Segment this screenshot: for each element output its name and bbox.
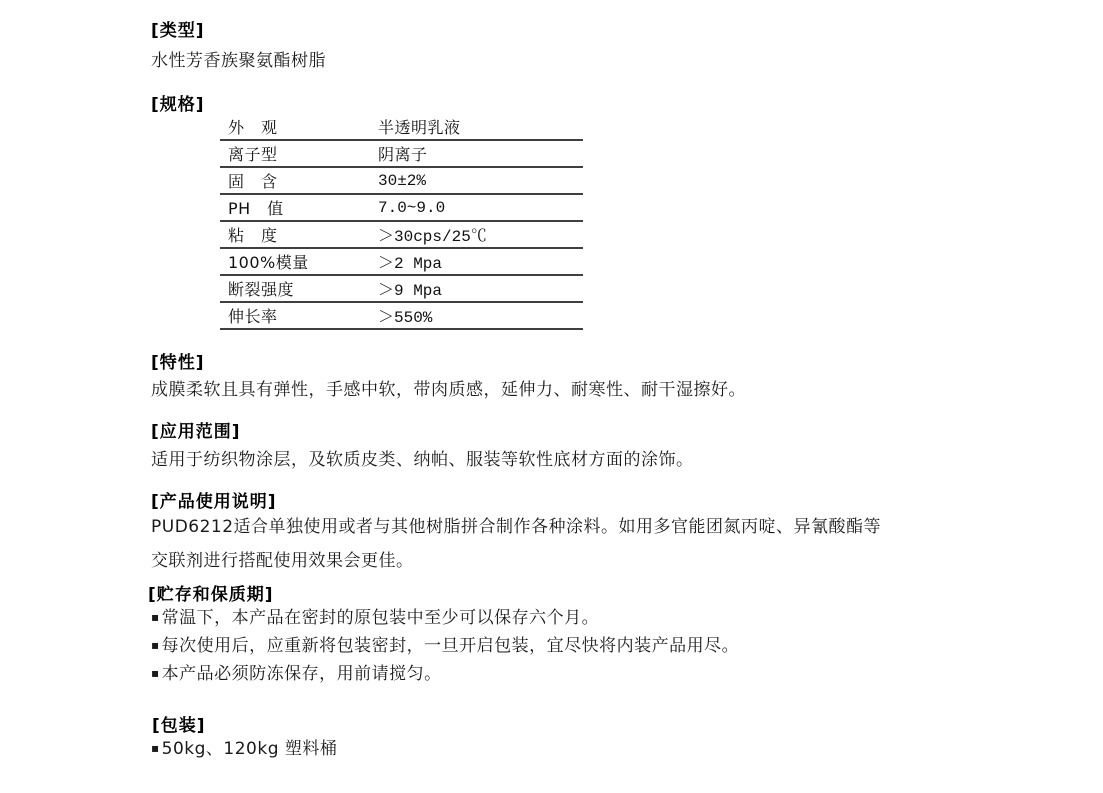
bullet-icon: ▪ (151, 666, 160, 680)
section-body-type: 水性芳香族聚氨酯树脂 (151, 46, 326, 71)
spec-label-ph: PH 值 (220, 194, 378, 221)
spec-table: 外 观 半透明乳液 离子型 阴离子 固 含 30±2% PH 值 7.0~9.0… (220, 114, 583, 330)
list-item: ▪常温下，本产品在密封的原包装中至少可以保存六个月。 (151, 607, 739, 635)
section-heading-storage: [贮存和保质期] (148, 580, 274, 605)
spec-value-ph: 7.0~9.0 (378, 194, 583, 221)
spec-value-elongation: ＞550% (378, 302, 583, 329)
table-row: 外 观 半透明乳液 (220, 114, 583, 140)
spec-value-ionic-type: 阴离子 (378, 140, 583, 167)
product-datasheet-page: [类型] 水性芳香族聚氨酯树脂 [规格] 外 观 半透明乳液 离子型 阴离子 固… (0, 0, 1103, 793)
spec-label-modulus: 100%模量 (220, 248, 378, 275)
list-item: ▪50kg、120kg 塑料桶 (151, 738, 337, 766)
list-item: ▪本产品必须防冻保存，用前请搅匀。 (151, 663, 739, 691)
list-item: ▪每次使用后，应重新将包装密封，一旦开启包装，宜尽快将内装产品用尽。 (151, 635, 739, 663)
section-body-features: 成膜柔软且具有弹性，手感中软，带肉质感，延伸力、耐寒性、耐干湿擦好。 (151, 375, 746, 400)
spec-label-break-strength: 断裂强度 (220, 275, 378, 302)
section-heading-usage: [产品使用说明] (151, 487, 277, 512)
spec-value-solid-content: 30±2% (378, 167, 583, 194)
table-row: 离子型 阴离子 (220, 140, 583, 167)
spec-value-viscosity: ＞30cps/25℃ (378, 221, 583, 248)
section-heading-application: [应用范围] (151, 417, 241, 442)
section-heading-spec: [规格] (151, 90, 205, 115)
bullet-icon: ▪ (151, 638, 160, 652)
packaging-bullet-1: 50kg、120kg 塑料桶 (162, 739, 338, 759)
section-body-application: 适用于纺织物涂层，及软质皮类、纳帕、服装等软性底材方面的涂饰。 (151, 445, 694, 470)
section-heading-features: [特性] (151, 348, 205, 373)
table-row: 伸长率 ＞550% (220, 302, 583, 329)
section-heading-packaging: [包装] (152, 711, 206, 736)
section-heading-type: [类型] (151, 16, 205, 41)
section-body-usage: PUD6212适合单独使用或者与其他树脂拼合制作各种涂料。如用多官能团氮丙啶、异… (151, 512, 881, 571)
spec-value-modulus: ＞2 Mpa (378, 248, 583, 275)
table-row: 断裂强度 ＞9 Mpa (220, 275, 583, 302)
table-row: 粘 度 ＞30cps/25℃ (220, 221, 583, 248)
spec-value-appearance: 半透明乳液 (378, 114, 583, 140)
table-row: 固 含 30±2% (220, 167, 583, 194)
bullet-icon: ▪ (151, 741, 160, 755)
usage-line-2: 交联剂进行搭配使用效果会更佳。 (151, 546, 881, 571)
spec-label-viscosity: 粘 度 (220, 221, 378, 248)
spec-label-elongation: 伸长率 (220, 302, 378, 329)
storage-bullet-1: 常温下，本产品在密封的原包装中至少可以保存六个月。 (162, 608, 600, 628)
packaging-bullet-list: ▪50kg、120kg 塑料桶 (151, 738, 337, 766)
bullet-icon: ▪ (151, 610, 160, 624)
storage-bullet-3: 本产品必须防冻保存，用前请搅匀。 (162, 664, 442, 684)
spec-label-ionic-type: 离子型 (220, 140, 378, 167)
storage-bullet-list: ▪常温下，本产品在密封的原包装中至少可以保存六个月。 ▪每次使用后，应重新将包装… (151, 607, 739, 691)
spec-label-appearance: 外 观 (220, 114, 378, 140)
spec-label-solid-content: 固 含 (220, 167, 378, 194)
spec-value-break-strength: ＞9 Mpa (378, 275, 583, 302)
storage-bullet-2: 每次使用后，应重新将包装密封，一旦开启包装，宜尽快将内装产品用尽。 (162, 636, 740, 656)
usage-line-1: PUD6212适合单独使用或者与其他树脂拼合制作各种涂料。如用多官能团氮丙啶、异… (151, 512, 881, 537)
table-row: 100%模量 ＞2 Mpa (220, 248, 583, 275)
table-row: PH 值 7.0~9.0 (220, 194, 583, 221)
